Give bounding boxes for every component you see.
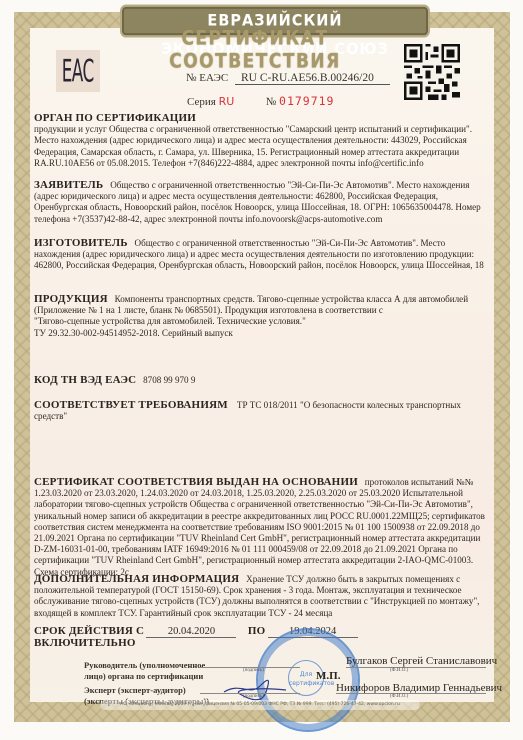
series-label: Серия [187,96,216,108]
basis-heading: СЕРТИФИКАТ СООТВЕТСТВИЯ ВЫДАН НА ОСНОВАН… [34,476,358,488]
number-label: № ЕАЭС [186,72,228,84]
qr-code-icon [404,44,460,100]
manufacturer-heading: ИЗГОТОВИТЕЛЬ [34,237,128,249]
head-name: Булгаков Сергей Станиславович [346,655,497,667]
manufacturer-section: ИЗГОТОВИТЕЛЬ Общество с ограниченной отв… [34,238,490,272]
additional-info-section: ДОПОЛНИТЕЛЬНАЯ ИНФОРМАЦИЯ Хранение ТСУ д… [34,574,490,619]
printer-info: АО «Опцион», Москва, 2019 г., «Б», Лицен… [100,700,420,710]
series-value: RU [219,95,235,108]
head-name-line [346,667,486,668]
basis-text: протоколов испытаний №№ 1.23.03.2020 от … [34,477,485,577]
certification-body-section: ОРГАН ПО СЕРТИФИКАЦИИ продукции и услуг … [34,113,490,169]
expert-signature-caption: (подпись) [243,694,264,699]
blank-series: Серия RU № 0179719 [187,94,334,108]
additional-info-heading: ДОПОЛНИТЕЛЬНАЯ ИНФОРМАЦИЯ [34,573,239,585]
product-line-2: (Приложение № 1 на 1 листе, бланк № 0685… [34,305,490,316]
expert-label-line-1: Эксперт (эксперт-аудитор) [84,685,209,696]
eac-logo-text: ЕАС [62,53,94,89]
certification-body-heading: ОРГАН ПО СЕРТИФИКАЦИИ [34,113,490,124]
certificate-number: № ЕАЭС RU C-RU.AE56.B.00246/20 [186,72,390,85]
basis-section: СЕРТИФИКАТ СООТВЕТСТВИЯ ВЫДАН НА ОСНОВАН… [34,477,490,578]
validity-from-date: 20.04.2020 [146,626,236,638]
head-label-line-2: лицо) органа по сертификации [84,671,205,682]
product-line-4: ТУ 29.32.30-002-94514952-2018. Серийный … [34,328,490,339]
applicant-section: ЗАЯВИТЕЛЬ Общество с ограниченной ответс… [34,180,490,225]
seal-label: М.П. [316,670,340,682]
blank-number-label: № [266,96,277,108]
product-line-1: Компоненты транспортных средств. Тягово-… [115,294,468,304]
head-signature-caption: (подпись) [243,668,264,673]
validity-from-heading: СРОК ДЕЙСТВИЯ С [34,625,144,637]
tn-ved-heading: КОД ТН ВЭД ЕАЭС [34,374,136,386]
expert-name-line [336,693,486,694]
document-title: СЕРТИФИКАТ СООТВЕТСТВИЯ [120,27,390,73]
eac-logo: ЕАС [56,50,100,92]
product-line-3: "Тягово-сцепные устройства для автомобил… [34,316,490,327]
validity-section: СРОК ДЕЙСТВИЯ С 20.04.2020 ПО 19.04.2024… [34,626,490,649]
applicant-heading: ЗАЯВИТЕЛЬ [34,179,103,191]
product-section: ПРОДУКЦИЯ Компоненты транспортных средст… [34,294,490,339]
blank-number-value: 0179719 [279,94,334,108]
number-value: RU C-RU.AE56.B.00246/20 [235,72,390,85]
validity-to-heading: ПО [248,625,266,637]
tn-ved-section: КОД ТН ВЭД ЕАЭС 8708 99 970 9 [34,375,490,386]
product-heading: ПРОДУКЦИЯ [34,293,108,305]
head-signatory-label: Руководитель (уполномоченное лицо) орган… [84,660,205,681]
head-name-caption: (Ф.И.О.) [390,668,408,673]
tn-ved-value: 8708 99 970 9 [143,375,195,385]
certification-body-text: продукции и услуг Общества с ограниченно… [34,124,490,169]
requirements-heading: СООТВЕТСТВУЕТ ТРЕБОВАНИЯМ [34,399,228,411]
requirements-section: СООТВЕТСТВУЕТ ТРЕБОВАНИЯМ ТР ТС 018/2011… [34,400,490,422]
expert-name-caption: (Ф.И.О.) [390,694,408,699]
head-label-line-1: Руководитель (уполномоченное [84,660,205,671]
validity-inclusive: ВКЛЮЧИТЕЛЬНО [34,638,490,649]
